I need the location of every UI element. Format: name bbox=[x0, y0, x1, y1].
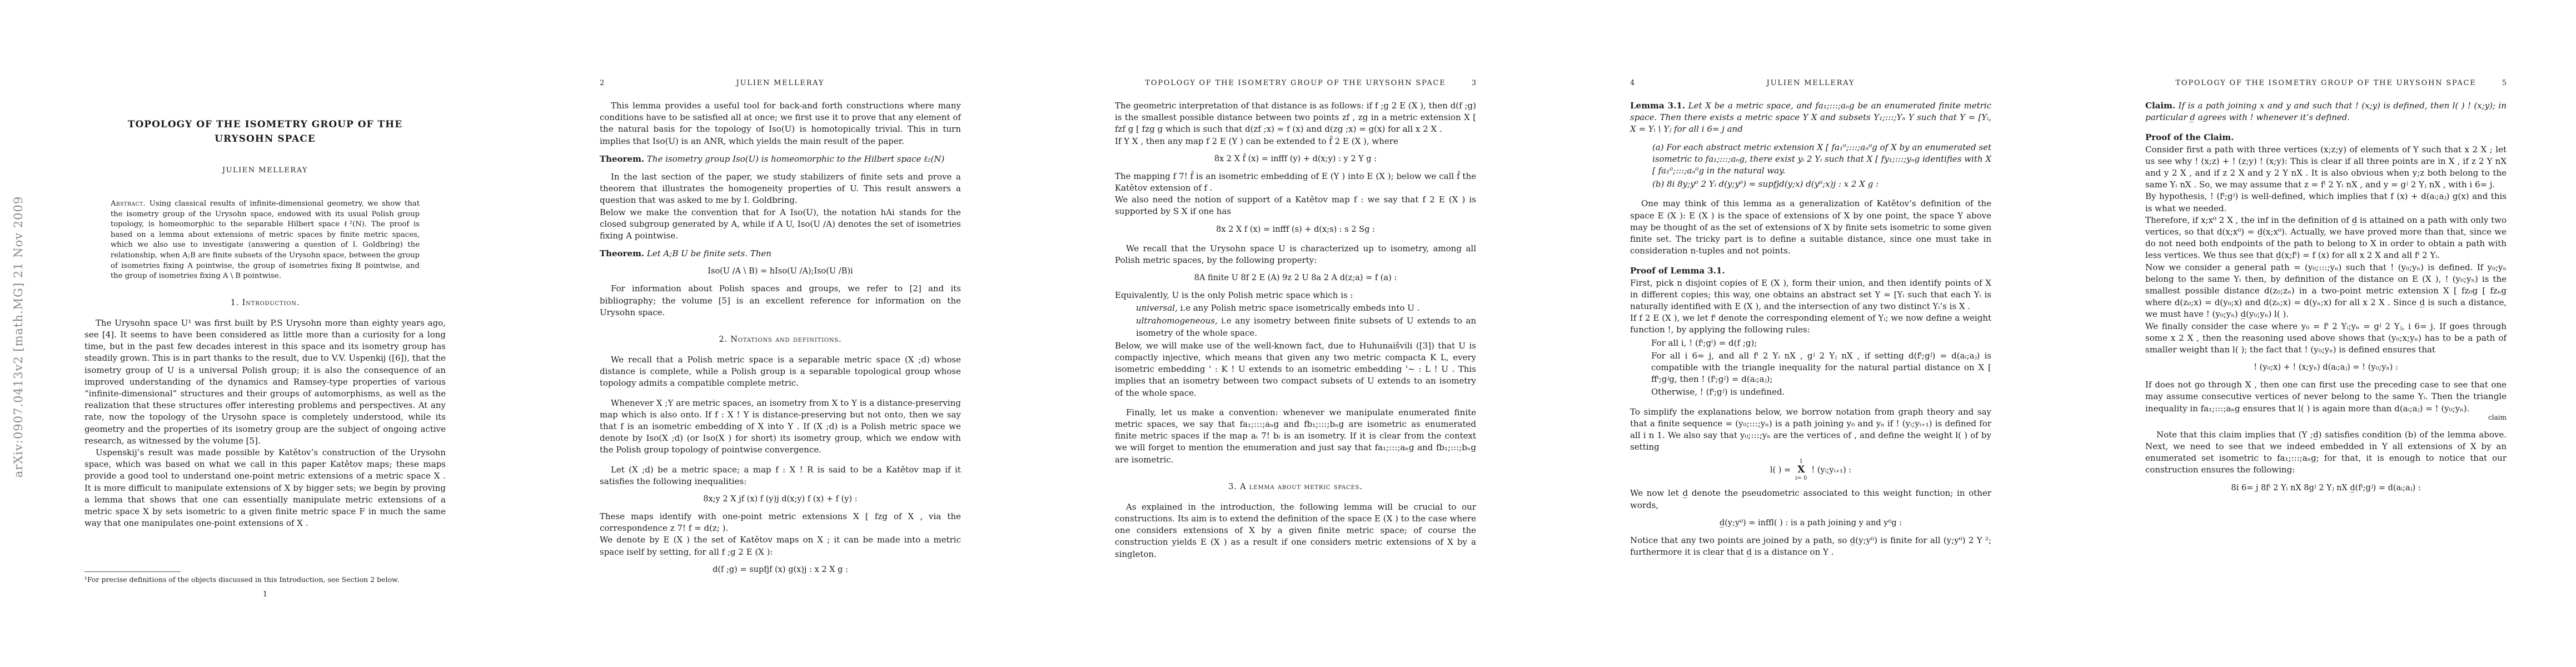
page-1-content: TOPOLOGY OF THE ISOMETRY GROUP OF THE UR… bbox=[84, 0, 446, 529]
page-number: 4 bbox=[1630, 79, 1635, 87]
paragraph: Notice that any two points are joined by… bbox=[1630, 535, 1991, 558]
running-head-text: TOPOLOGY OF THE ISOMETRY GROUP OF THE UR… bbox=[1145, 79, 1446, 87]
paper-screenshot: { "colors": { "background": "#ffffff", "… bbox=[0, 0, 2576, 667]
display-formula: 8x 2 X f̂ (x) = infff (y) + d(x;y) : y 2… bbox=[1115, 153, 1476, 165]
sum-lower-limit: i= 0 bbox=[1795, 476, 1807, 481]
running-head: TOPOLOGY OF THE ISOMETRY GROUP OF THE UR… bbox=[2145, 79, 2507, 89]
running-head: TOPOLOGY OF THE ISOMETRY GROUP OF THE UR… bbox=[1115, 79, 1476, 89]
running-head: 4 JULIEN MELLERAY bbox=[1630, 79, 1991, 89]
paragraph: For information about Polish spaces and … bbox=[600, 283, 961, 318]
display-formula: 8i 6= j 8fⁱ 2 Yᵢ nX 8gʲ 2 Yⱼ nX d̲(fⁱ;gʲ… bbox=[2145, 482, 2507, 494]
running-head-text: JULIEN MELLERAY bbox=[1767, 79, 1855, 87]
paragraph: The Urysohn space U¹ was first built by … bbox=[84, 317, 446, 447]
paragraph: Finally, let us make a convention: whene… bbox=[1115, 407, 1476, 466]
display-formula: ! (y₀;x) + ! (x;yₙ) d(aᵢ;aⱼ) = ! (y₀;yₙ)… bbox=[2145, 362, 2507, 373]
sum-sigma: X bbox=[1797, 465, 1805, 475]
page-5: TOPOLOGY OF THE ISOMETRY GROUP OF THE UR… bbox=[2061, 0, 2576, 667]
bullet-term: ultrahomogeneous, bbox=[1136, 316, 1218, 326]
paragraph: Uspenskij’s result was made possible by … bbox=[84, 447, 446, 529]
paragraph: Below we make the convention that for A … bbox=[600, 207, 961, 242]
bullet-item: Otherwise, ! (fⁱ;gʲ) is undefined. bbox=[1630, 386, 1991, 398]
page-4-content: 4 JULIEN MELLERAY Lemma 3.1. Let X be a … bbox=[1630, 0, 1991, 558]
abstract: Abstract. Using classical results of inf… bbox=[111, 199, 420, 282]
page-2-content: 2 JULIEN MELLERAY This lemma provides a … bbox=[600, 0, 961, 581]
paragraph: To simplify the explanations below, we b… bbox=[1630, 406, 1991, 454]
page-1: arXiv:0907.0413v2 [math.MG] 21 Nov 2009 … bbox=[0, 0, 515, 667]
proof-heading: Proof of Lemma 3.1. bbox=[1630, 265, 1991, 277]
paragraph: By hypothesis, ! (fⁱ;gʲ) is well-defined… bbox=[2145, 191, 2507, 214]
page-number: 5 bbox=[2502, 79, 2507, 87]
paragraph: The geometric interpretation of that dis… bbox=[1115, 100, 1476, 136]
paper-title: TOPOLOGY OF THE ISOMETRY GROUP OF THE UR… bbox=[111, 118, 420, 146]
footnote-block: ¹For precise definitions of the objects … bbox=[84, 571, 446, 584]
paragraph: Whenever X ;Y are metric spaces, an isom… bbox=[600, 397, 961, 456]
footnote: ¹For precise definitions of the objects … bbox=[84, 575, 446, 584]
summation-symbol: 1Xi= 0 bbox=[1795, 459, 1807, 481]
page-number: 1 bbox=[84, 590, 446, 599]
qed-marker: claim bbox=[2145, 414, 2507, 421]
paragraph: Below, we will make use of the well-know… bbox=[1115, 340, 1476, 399]
bullet-item: For all i, ! (fⁱ;gⁱ) = d(f ;g); bbox=[1630, 337, 1991, 349]
abstract-label: Abstract. bbox=[111, 200, 146, 208]
paragraph: If does not go through X , then one can … bbox=[2145, 379, 2507, 415]
paragraph: We now let d̲ denote the pseudometric as… bbox=[1630, 487, 1991, 511]
bullet-item: For all i 6= j, and all fⁱ 2 Yᵢ nX , gʲ … bbox=[1630, 350, 1991, 386]
display-formula: 8A finite U 8f 2 E (A) 9z 2 U 8a 2 A d(z… bbox=[1115, 272, 1476, 283]
paragraph: Note that this claim implies that (Y ;d̲… bbox=[2145, 429, 2507, 476]
theorem-label: Theorem. bbox=[600, 154, 644, 164]
display-formula: 8x;y 2 X jf (x) f (y)j d(x;y) f (x) + f … bbox=[600, 494, 961, 505]
theorem: Theorem. The isometry group Iso(U) is ho… bbox=[600, 153, 961, 165]
bullet-text: i.e any Polish metric space isometricall… bbox=[1178, 303, 1420, 313]
running-head-text: JULIEN MELLERAY bbox=[736, 79, 825, 87]
theorem-text: Let A;B U be finite sets. Then bbox=[644, 248, 771, 258]
running-head: 2 JULIEN MELLERAY bbox=[600, 79, 961, 89]
bullet-term: universal, bbox=[1136, 303, 1178, 313]
theorem-label: Theorem. bbox=[600, 248, 644, 258]
paragraph: As explained in the introduction, the fo… bbox=[1115, 501, 1476, 560]
page-5-content: TOPOLOGY OF THE ISOMETRY GROUP OF THE UR… bbox=[2145, 0, 2507, 500]
display-formula: d(f ;g) = supfjf (x) g(x)j : x 2 X g : bbox=[600, 564, 961, 575]
page-4: 4 JULIEN MELLERAY Lemma 3.1. Let X be a … bbox=[1546, 0, 2061, 667]
paragraph: Let (X ;d) be a metric space; a map f : … bbox=[600, 464, 961, 487]
paragraph: We also need the notion of support of a … bbox=[1115, 194, 1476, 217]
page-3-content: TOPOLOGY OF THE ISOMETRY GROUP OF THE UR… bbox=[1115, 0, 1476, 560]
paragraph: Now we consider a general path = (y₀;:::… bbox=[2145, 262, 2507, 321]
author-name: JULIEN MELLERAY bbox=[84, 166, 446, 175]
paragraph: We recall that a Polish metric space is … bbox=[600, 354, 961, 390]
display-formula: 8x 2 X f (x) = infff (s) + d(x;s) : s 2 … bbox=[1115, 224, 1476, 235]
claim-label: Claim. bbox=[2145, 101, 2175, 111]
paragraph: First, pick n disjoint copies of E (X ),… bbox=[1630, 277, 1991, 313]
sum-lhs: l( ) = bbox=[1770, 466, 1791, 475]
display-formula: Iso(U ∕A \ B) = hIso(U ∕A);Iso(U ∕B)i bbox=[600, 266, 961, 277]
proof-heading: Proof of the Claim. bbox=[2145, 132, 2507, 143]
paragraph: Therefore, if x;x⁰ 2 X , the inf in the … bbox=[2145, 215, 2507, 262]
lemma-item-b: (b) 8i 8y;y⁰ 2 Yᵢ d(y;y⁰) = supfjd(y;x) … bbox=[1630, 178, 1991, 190]
paragraph: We finally consider the case where y₀ = … bbox=[2145, 321, 2507, 356]
paragraph: We denote by E (X ) the set of Katětov m… bbox=[600, 534, 961, 558]
paragraph: The mapping f 7! f̂ is an isometric embe… bbox=[1115, 171, 1476, 194]
paragraph: In the last section of the paper, we stu… bbox=[600, 171, 961, 207]
page-3: TOPOLOGY OF THE ISOMETRY GROUP OF THE UR… bbox=[1030, 0, 1546, 667]
display-formula: d̲(y;y⁰) = inffl( ) : is a path joining … bbox=[1630, 517, 1991, 529]
paragraph: If Y X , then any map f 2 E (Y ) can be … bbox=[1115, 136, 1476, 147]
paragraph: We recall that the Urysohn space U is ch… bbox=[1115, 243, 1476, 266]
claim: Claim. If is a path joining x and y and … bbox=[2145, 100, 2507, 123]
claim-text: If is a path joining x and y and such th… bbox=[2145, 101, 2507, 122]
page-number: 3 bbox=[1472, 79, 1476, 87]
sum-rhs: ! (yᵢ;yᵢ₊₁) : bbox=[1811, 466, 1851, 475]
page-2: 2 JULIEN MELLERAY This lemma provides a … bbox=[515, 0, 1030, 667]
lemma-item-a: (a) For each abstract metric extension X… bbox=[1630, 142, 1991, 177]
section-heading-lemma: 3. A lemma about metric spaces. bbox=[1115, 482, 1476, 491]
abstract-text: Using classical results of infinite-dime… bbox=[111, 200, 420, 280]
page-number: 2 bbox=[600, 79, 604, 87]
lemma: Lemma 3.1. Let X be a metric space, and … bbox=[1630, 100, 1991, 136]
bullet-item: ultrahomogeneous, i.e any isometry betwe… bbox=[1115, 315, 1476, 339]
display-formula-sum: l( ) =1Xi= 0! (yᵢ;yᵢ₊₁) : bbox=[1630, 459, 1991, 481]
paragraph: Equivalently, U is the only Polish metri… bbox=[1115, 290, 1476, 301]
paragraph: If f 2 E (X ), we let fⁱ denote the corr… bbox=[1630, 312, 1991, 336]
section-heading-introduction: 1. Introduction. bbox=[84, 298, 446, 307]
lemma-label: Lemma 3.1. bbox=[1630, 101, 1685, 111]
theorem-text: The isometry group Iso(U) is homeomorphi… bbox=[644, 154, 944, 164]
bullet-item: universal, i.e any Polish metric space i… bbox=[1115, 302, 1476, 314]
paragraph: This lemma provides a useful tool for ba… bbox=[600, 100, 961, 147]
theorem: Theorem. Let A;B U be finite sets. Then bbox=[600, 248, 961, 260]
footnote-rule bbox=[84, 571, 181, 572]
running-head-text: TOPOLOGY OF THE ISOMETRY GROUP OF THE UR… bbox=[2175, 79, 2476, 87]
paragraph: Consider first a path with three vertice… bbox=[2145, 144, 2507, 191]
paragraph: These maps identify with one-point metri… bbox=[600, 511, 961, 534]
paragraph: One may think of this lemma as a general… bbox=[1630, 198, 1991, 257]
arxiv-stamp: arXiv:0907.0413v2 [math.MG] 21 Nov 2009 bbox=[12, 181, 26, 492]
section-heading-notations: 2. Notations and definitions. bbox=[600, 335, 961, 344]
